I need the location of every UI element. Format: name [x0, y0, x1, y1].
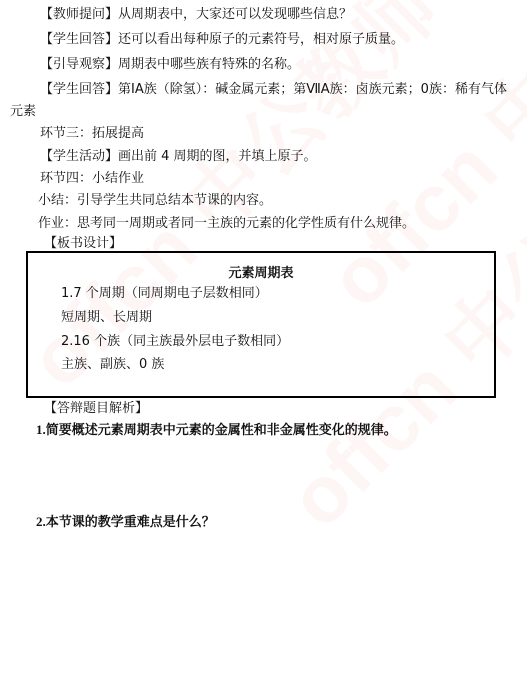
homework: 作业：思考同一周期或者同一主族的元素的化学性质有什么规律。	[38, 216, 415, 232]
board-design-heading: 【板书设计】	[44, 236, 122, 252]
student-answer-2: 【学生回答】第ⅠA族（除氢）：碱金属元素；第ⅦA族：卤族元素；0族：稀有气体	[40, 82, 507, 98]
guided-observation: 【引导观察】周期表中哪些族有特殊的名称。	[40, 57, 300, 73]
board-item: 短周期、长周期	[61, 310, 152, 326]
section-three-heading: 环节三：拓展提高	[40, 126, 144, 142]
student-answer-2-wrap: 元素	[10, 104, 36, 120]
board-item: 2.16 个族（同主族最外层电子数相同）	[61, 334, 289, 350]
question-1: 1.简要概述元素周期表中元素的金属性和非金属性变化的规律。	[36, 422, 397, 438]
question-2: 2.本节课的教学重难点是什么？	[36, 514, 215, 530]
summary: 小结：引导学生共同总结本节课的内容。	[38, 193, 272, 209]
board-item: 主族、副族、0 族	[61, 357, 164, 373]
board-title: 元素周期表	[28, 262, 494, 281]
board-item: 1.7 个周期（同周期电子层数相同）	[61, 286, 268, 302]
student-answer-1: 【学生回答】还可以看出每种原子的元素符号，相对原子质量。	[40, 32, 404, 48]
teacher-question: 【教师提问】从周期表中，大家还可以发现哪些信息？	[40, 7, 352, 23]
student-activity: 【学生活动】画出前 4 周期的图，并填上原子。	[40, 149, 317, 165]
section-four-heading: 环节四：小结作业	[40, 171, 144, 187]
analysis-heading: 【答辩题目解析】	[44, 401, 148, 417]
board-design-box: 元素周期表 1.7 个周期（同周期电子层数相同） 短周期、长周期 2.16 个族…	[26, 251, 496, 398]
